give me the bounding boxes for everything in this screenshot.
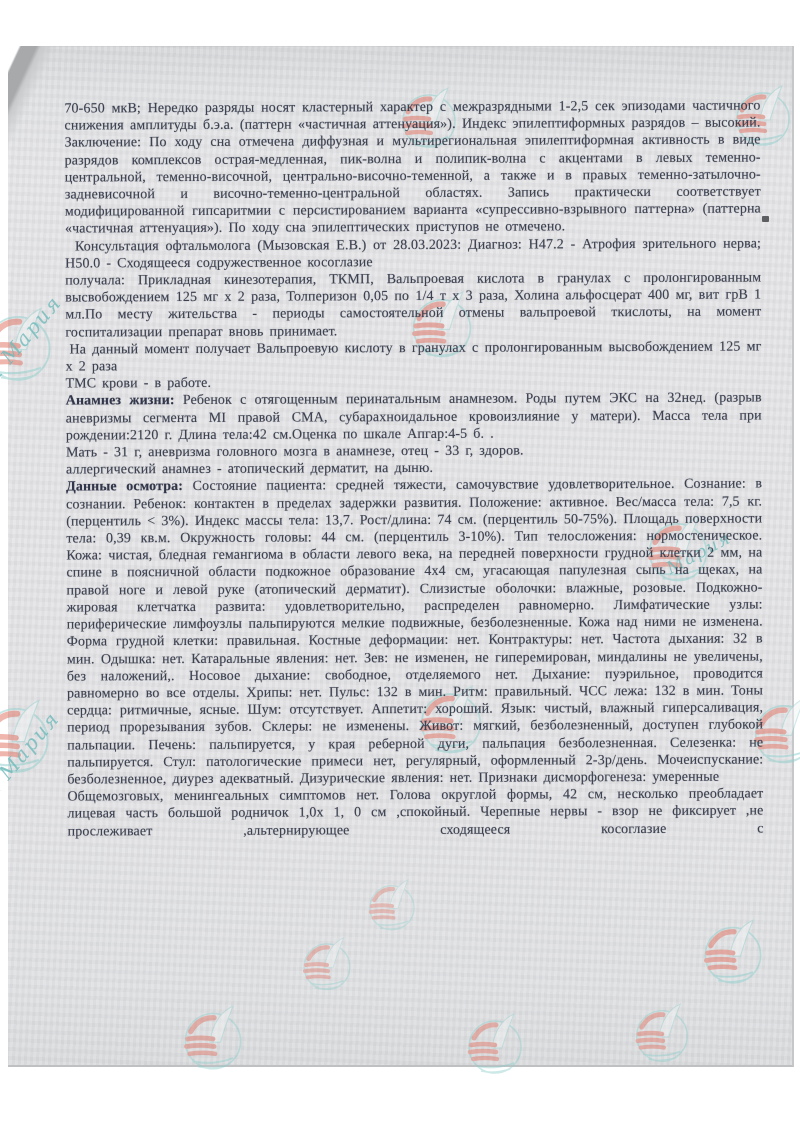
scan-speck: [762, 216, 769, 222]
examination-text: Состояние пациента: средней тяжести, сам…: [66, 477, 763, 787]
scanned-medical-record: { "document": { "paragraphs": { "eeg": "…: [0, 0, 800, 1130]
anamnesis-heading: Анамнез жизни:: [66, 393, 175, 408]
document-text-block: 70-650 мкВ; Нередко разряды носят класте…: [64, 97, 763, 840]
paragraph-current-medication: На данный момент получает Вальпроевую ки…: [65, 338, 761, 375]
paragraph-neurological-status: Общемозговых, менингеальных симптомов не…: [67, 786, 763, 841]
paragraph-life-anamnesis: Анамнез жизни: Ребенок с отягощенным пер…: [66, 390, 762, 445]
paragraph-examination: Данные осмотра: Состояние пациента: сред…: [66, 476, 763, 789]
paragraph-ophthalmology-consult: Консультация офтальмолога (Мызовская Е.В…: [65, 235, 761, 272]
paragraph-therapy-received: получала: Прикладная кинезотерапия, ТКМП…: [65, 270, 761, 342]
examination-heading: Данные осмотра:: [66, 479, 183, 495]
paragraph-eeg-conclusion: 70-650 мкВ; Нередко разряды носят класте…: [64, 97, 761, 238]
